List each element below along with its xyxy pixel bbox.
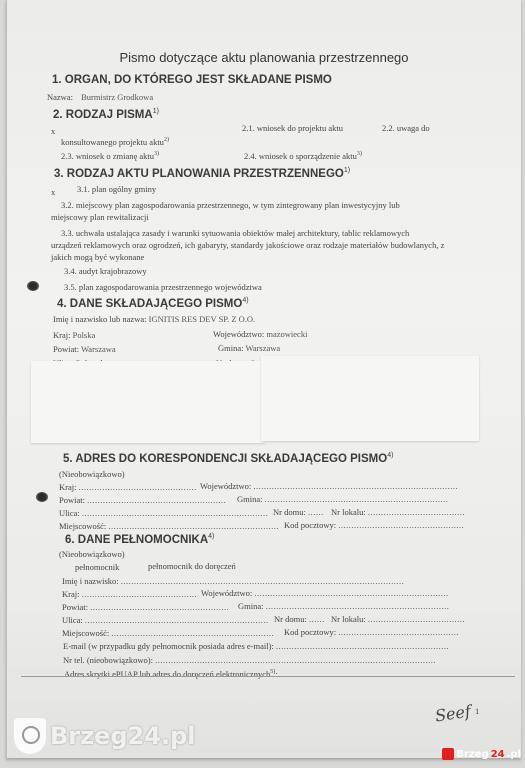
watermark-text: Brzeg24.pl	[50, 722, 195, 750]
document-title: Pismo dotyczące aktu planowania przestrz…	[7, 50, 521, 65]
corr-gmina-field[interactable]: Gmina: .................................…	[237, 494, 448, 504]
option-3-3-continued: urządzeń reklamowych oraz ogrodzeń, ich …	[51, 240, 444, 250]
section-2-mark[interactable]: x	[51, 126, 55, 136]
section-1-heading: 1. ORGAN, DO KTÓREGO JEST SKŁADANE PISMO	[52, 74, 332, 86]
section-3-heading: 3. RODZAJ AKTU PLANOWANIA PRZESTRZENNEGO…	[54, 167, 350, 180]
section-6-optional-note: (Nieobowiązkowo)	[59, 549, 125, 559]
section-5-heading: 5. ADRES DO KORESPONDENCJI SKŁADAJĄCEGO …	[63, 452, 393, 465]
proxy-name-field[interactable]: Imię i nazwisko: .......................…	[62, 576, 404, 586]
punch-hole-icon	[36, 492, 48, 502]
option-3-1[interactable]: 3.1. plan ogólny gminy	[77, 184, 156, 194]
proxy-miejscowosc-field[interactable]: Miejscowość: ...........................…	[62, 628, 274, 638]
corr-kod-pocztowy-field[interactable]: Kod pocztowy: ..........................…	[284, 520, 464, 530]
corr-wojewodztwo-field[interactable]: Województwo: ...........................…	[200, 481, 458, 491]
option-pelnomocnik[interactable]: pełnomocnik	[75, 562, 119, 572]
proxy-epuap-field[interactable]: Adres skrytki ePUAP lub adres do doręcze…	[64, 669, 471, 679]
organ-name-field: Nazwa: Burmistrz Grodkowa	[47, 92, 153, 102]
corr-kraj-field[interactable]: Kraj: ..................................…	[59, 482, 197, 492]
corr-nr-domu-field[interactable]: Nr domu: ......	[273, 507, 324, 517]
organ-name-value: Burmistrz Grodkowa	[81, 92, 153, 102]
signature: Seef	[434, 702, 472, 726]
section-2-heading: 2. RODZAJ PISMA1)	[53, 108, 159, 121]
section-5-optional-note: (Nieobowiązkowo)	[59, 469, 125, 479]
proxy-email-field[interactable]: E-mail (w przypadku gdy pełnomocnik posi…	[63, 641, 449, 651]
applicant-name-value: IGNITIS RES DEV SP. Z O.O.	[149, 314, 256, 324]
section-3-mark[interactable]: x	[51, 187, 55, 197]
proxy-phone-field[interactable]: Nr tel. (nieobowiązkowo): ..............…	[63, 655, 436, 665]
applicant-powiat: Powiat: Warszawa	[53, 344, 116, 354]
option-2-4[interactable]: 2.4. wniosek o sporządzenie aktu3)	[244, 151, 362, 161]
proxy-ulica-field[interactable]: Ulica: .................................…	[62, 615, 269, 625]
applicant-wojewodztwo: Województwo: mazowiecki	[213, 329, 307, 339]
option-2-2-continued: konsultowanego projektu aktu2)	[61, 137, 169, 147]
applicant-gmina: Gmina: Warszawa	[218, 343, 280, 353]
watermark-small: Brzeg24.pl	[442, 748, 521, 760]
page-number: 1	[475, 706, 479, 716]
applicant-kraj: Kraj: Polska	[53, 330, 95, 340]
proxy-nr-lokalu-field[interactable]: Nr lokalu: .............................…	[331, 614, 465, 624]
bottom-divider	[21, 676, 515, 677]
proxy-wojewodztwo-field[interactable]: Województwo: ...........................…	[201, 588, 449, 598]
option-2-2[interactable]: 2.2. uwaga do	[382, 123, 430, 133]
option-2-1[interactable]: 2.1. wniosek do projektu aktu	[242, 123, 343, 133]
proxy-kraj-field[interactable]: Kraj: ..................................…	[62, 589, 197, 599]
watermark-brzeg24: Brzeg24.pl	[14, 718, 195, 754]
option-3-2[interactable]: 3.2. miejscowy plan zagospodarowania prz…	[61, 200, 400, 210]
corr-nr-lokalu-field[interactable]: Nr lokalu: .............................…	[331, 507, 465, 517]
option-3-3[interactable]: 3.3. uchwała ustalająca zasady i warunki…	[61, 228, 409, 238]
proxy-gmina-field[interactable]: Gmina: .................................…	[238, 601, 449, 611]
brzeg24-logo-icon	[442, 748, 454, 760]
corr-ulica-field[interactable]: Ulica: .................................…	[59, 508, 268, 518]
option-3-3-continued-2: jakich mogą być wykonane	[51, 252, 144, 262]
organ-name-label: Nazwa:	[47, 92, 73, 102]
applicant-name-field: Imię i nazwisko lub nazwa: IGNITIS RES D…	[53, 314, 255, 324]
option-3-2-continued: miejscowy plan rewitalizacji	[51, 212, 149, 222]
option-pelnomocnik-doreczen[interactable]: pełnomocnik do doręczeń	[148, 561, 236, 571]
proxy-powiat-field[interactable]: Powiat: ................................…	[62, 602, 229, 612]
proxy-kod-pocztowy-field[interactable]: Kod pocztowy: ..........................…	[284, 627, 459, 637]
redaction-patch-right	[261, 356, 479, 441]
option-3-5[interactable]: 3.5. plan zagospodarowania przestrzenneg…	[64, 282, 262, 292]
proxy-nr-domu-field[interactable]: Nr domu: ......	[274, 614, 325, 624]
corr-powiat-field[interactable]: Powiat: ................................…	[59, 495, 226, 505]
brzeg24-shield-icon	[14, 718, 46, 754]
option-2-3[interactable]: 2.3. wniosek o zmianę aktu3)	[61, 151, 159, 161]
section-6-heading: 6. DANE PEŁNOMOCNIKA4)	[65, 533, 214, 546]
corr-miejscowosc-field[interactable]: Miejscowość: ...........................…	[59, 521, 279, 531]
option-3-4[interactable]: 3.4. audyt krajobrazowy	[64, 266, 147, 276]
punch-hole-icon	[27, 281, 39, 291]
section-4-heading: 4. DANE SKŁADAJĄCEGO PISMO4)	[57, 297, 249, 310]
document-page: Pismo dotyczące aktu planowania przestrz…	[6, 0, 521, 758]
redaction-patch-left	[31, 361, 265, 443]
